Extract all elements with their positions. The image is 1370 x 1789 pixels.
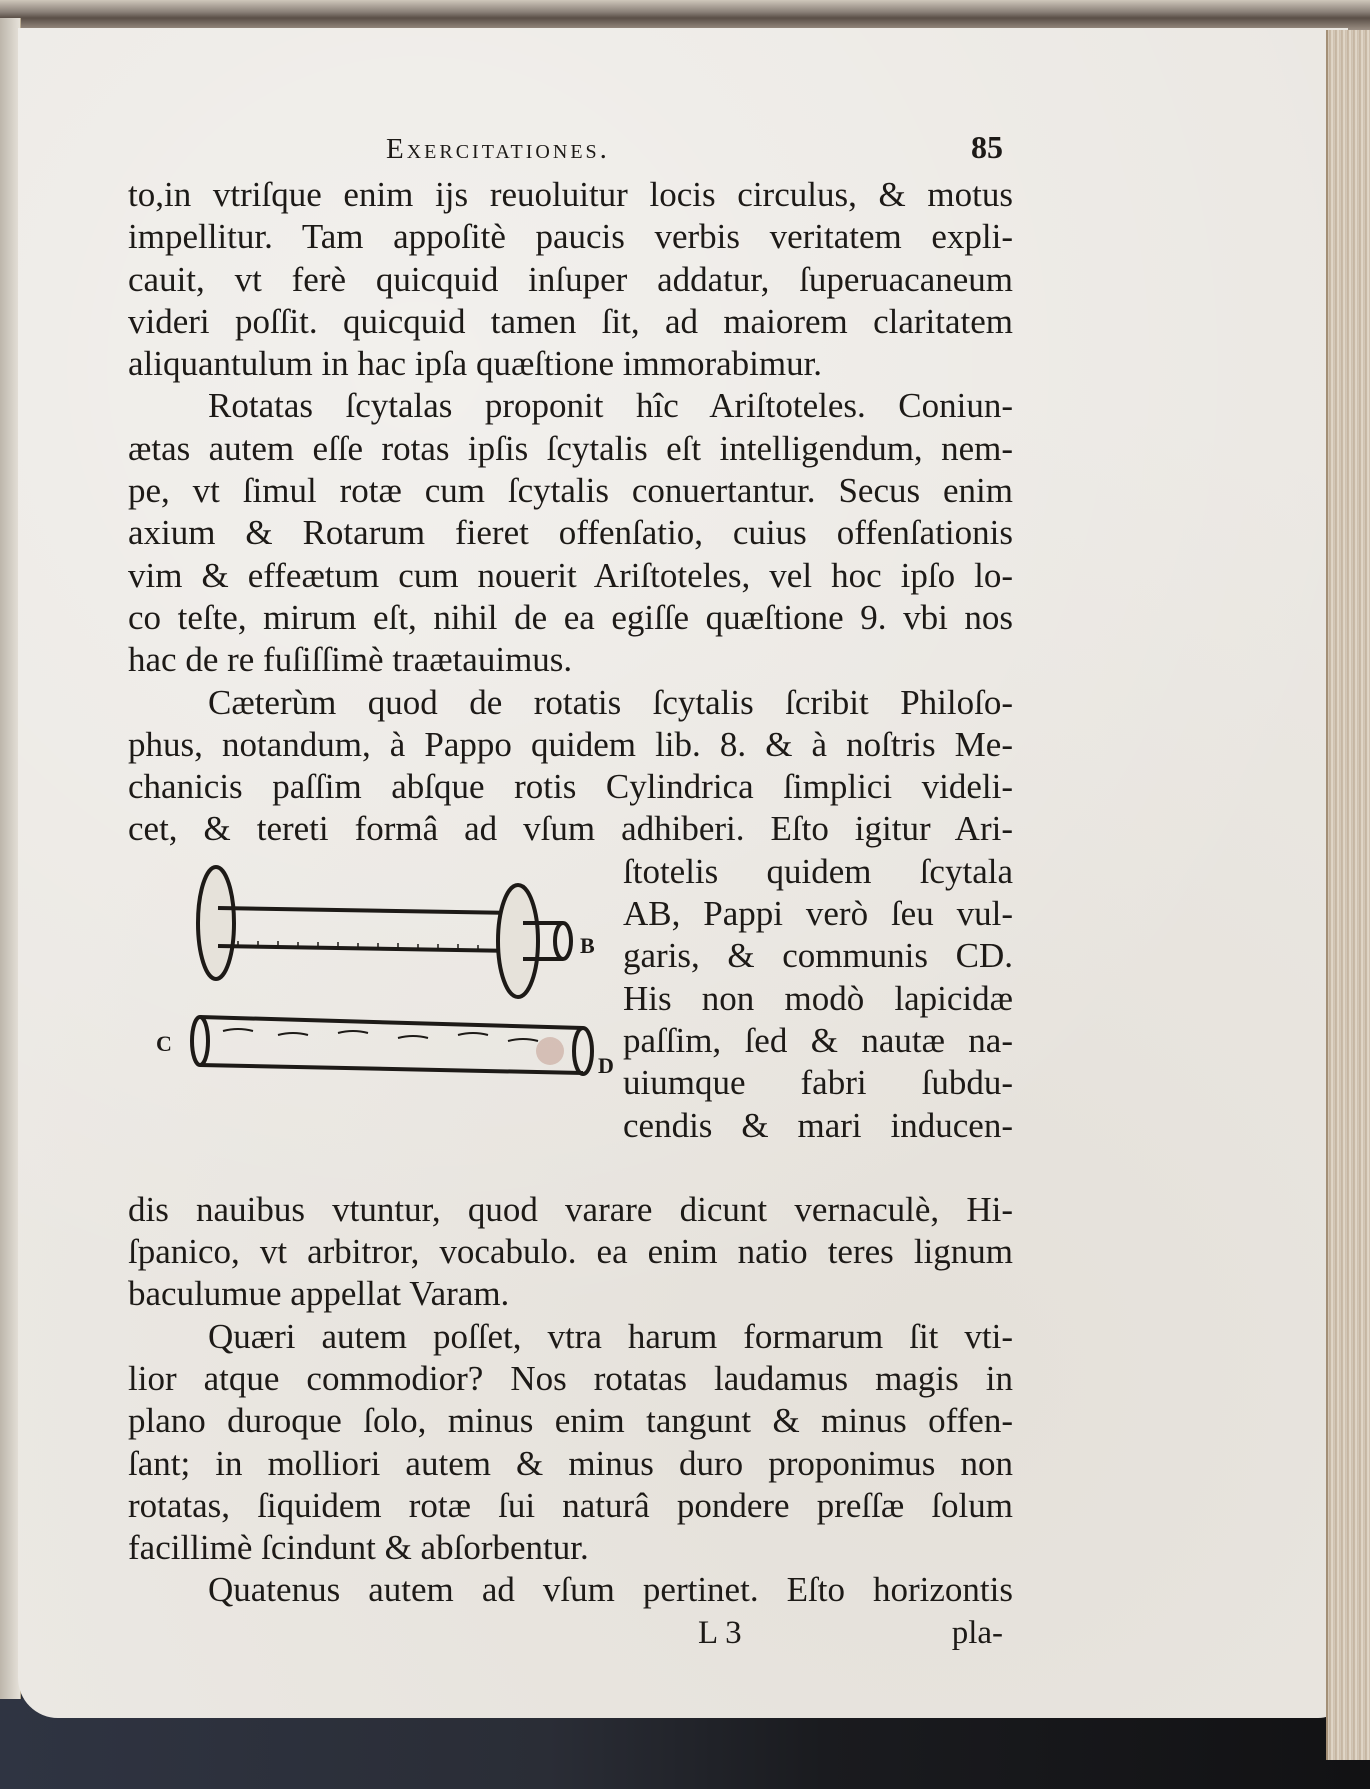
text-line: AB, Pappi verò ſeu vul- <box>623 893 1013 935</box>
figure-label-c: C <box>156 1023 172 1065</box>
text-line: impellitur. Tam appoſitè paucis verbis v… <box>128 216 1013 258</box>
page-text-block: Exercitationes. 85 to,in vtriſque enim i… <box>128 128 1013 1656</box>
text-line: ſtotelis quidem ſcytala <box>623 851 1013 893</box>
text-line: pe, vt ſimul rotæ cum ſcytalis conuertan… <box>128 470 1013 512</box>
figure-label-b: B <box>580 925 595 967</box>
paragraph-1: to,in vtriſque enim ijs reuoluitur locis… <box>128 174 1013 385</box>
text-line: vim & effeætum cum nouerit Ariſtoteles, … <box>128 555 1013 597</box>
text-line: garis, & communis CD. <box>623 935 1013 977</box>
paragraph-3-continued: dis nauibus vtuntur, quod varare dicunt … <box>128 1189 1013 1316</box>
page-footer: L 3 pla- <box>128 1612 1013 1656</box>
text-line: paſſim, ſed & nautæ na- <box>623 1020 1013 1062</box>
text-line: Quatenus autem ad vſum pertinet. Eſto ho… <box>128 1569 1013 1611</box>
paragraph-4: Quæri autem poſſet, vtra harum formarum … <box>128 1316 1013 1570</box>
text-line: facillimè ſcindunt & abſorbentur. <box>128 1527 1013 1569</box>
catchword: pla- <box>952 1612 1003 1654</box>
running-title: Exercitationes. <box>386 128 610 170</box>
figure-label-d: D <box>598 1045 614 1087</box>
text-line: Rotatas ſcytalas proponit hîc Ariſtotele… <box>128 385 1013 427</box>
text-line: chanicis paſſim abſque rotis Cylindrica … <box>128 766 1013 808</box>
page-number: 85 <box>971 126 1003 168</box>
text-line: cet, & tereti formâ ad vſum adhiberi. Eſ… <box>128 808 1013 850</box>
text-line: cauit, vt ferè quicquid inſuper addatur,… <box>128 259 1013 301</box>
text-line: ſant; in molliori autem & minus duro pro… <box>128 1443 1013 1485</box>
text-line: uiumque fabri ſubdu- <box>623 1062 1013 1104</box>
book-top-edge <box>0 0 1370 30</box>
paragraph-3: Cæterùm quod de rotatis ſcytalis ſcribit… <box>128 682 1013 851</box>
signature-mark: L 3 <box>698 1612 742 1654</box>
text-line: hac de re fuſiſſimè traætauimus. <box>128 639 1013 681</box>
text-line: aliquantulum in hac ipſa quæſtione immor… <box>128 343 1013 385</box>
paragraph-2: Rotatas ſcytalas proponit hîc Ariſtotele… <box>128 385 1013 681</box>
text-line: plano duroque ſolo, minus enim tangunt &… <box>128 1400 1013 1442</box>
text-line: Quæri autem poſſet, vtra harum formarum … <box>128 1316 1013 1358</box>
figure-side-text: ſtotelis quidem ſcytala AB, Pappi verò ſ… <box>623 851 1013 1147</box>
text-line: ætas autem eſſe rotas ipſis ſcytalis eſt… <box>128 428 1013 470</box>
text-line: co teſte, mirum eſt, nihil de ea egiſſe … <box>128 597 1013 639</box>
text-line: to,in vtriſque enim ijs reuoluitur locis… <box>128 174 1013 216</box>
running-head: Exercitationes. 85 <box>128 128 1013 174</box>
text-line: cendis & mari inducen- <box>623 1105 1013 1147</box>
text-line: videri poſſit. quicquid tamen ſit, ad ma… <box>128 301 1013 343</box>
paragraph-5: Quatenus autem ad vſum pertinet. Eſto ho… <box>128 1569 1013 1611</box>
text-line: lior atque commodior? Nos rotatas laudam… <box>128 1358 1013 1400</box>
text-line: ſpanico, vt arbitror, vocabulo. ea enim … <box>128 1231 1013 1273</box>
text-line: axium & Rotarum fieret offenſatio, cuius… <box>128 512 1013 554</box>
text-line: baculumue appellat Varam. <box>128 1273 1013 1315</box>
text-line: rotatas, ſiquidem rotæ ſui naturâ ponder… <box>128 1485 1013 1527</box>
figure-row: B C D ſtotelis quidem ſcytala AB, Pappi … <box>128 851 1013 1189</box>
text-line: His non modò lapicidæ <box>623 978 1013 1020</box>
text-line: Cæterùm quod de rotatis ſcytalis ſcribit… <box>128 682 1013 724</box>
text-line: dis nauibus vtuntur, quod varare dicunt … <box>128 1189 1013 1231</box>
fore-edge-pages <box>1326 30 1370 1760</box>
text-line: phus, notandum, à Pappo quidem lib. 8. &… <box>128 724 1013 766</box>
